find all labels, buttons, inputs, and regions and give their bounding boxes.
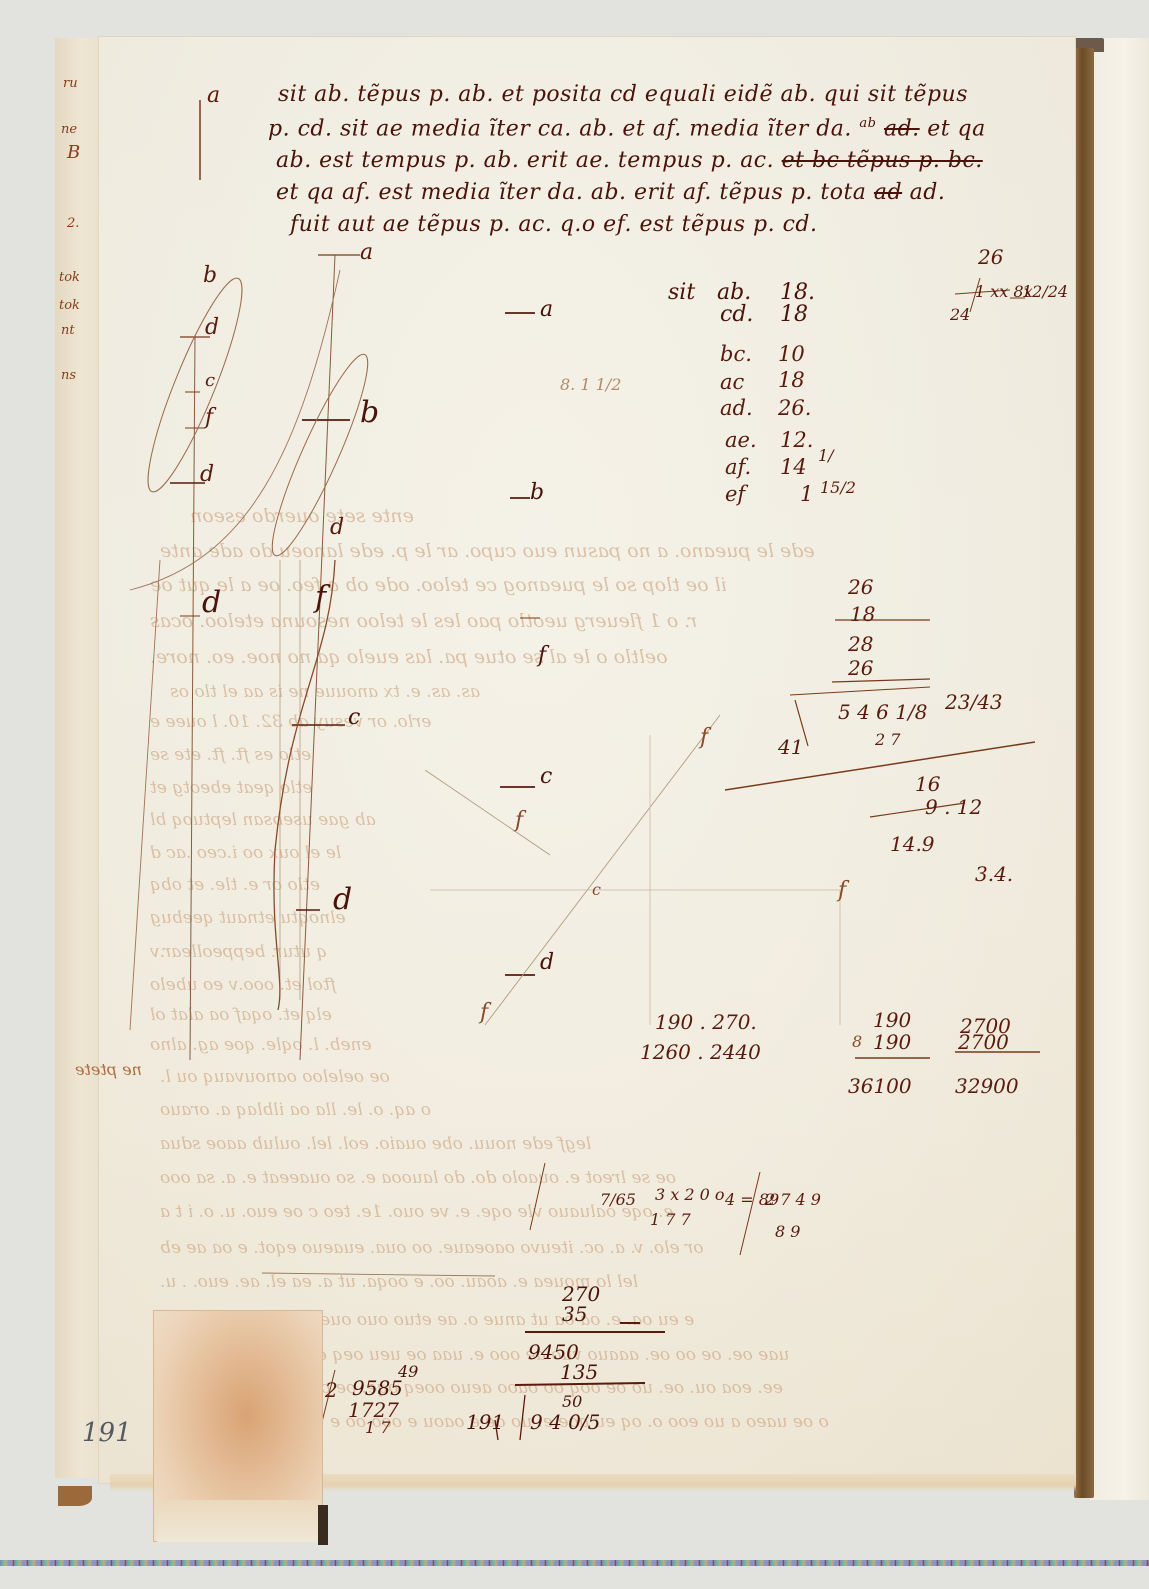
point-label: d bbox=[202, 585, 221, 620]
point-label: f bbox=[515, 808, 523, 833]
calc-value: 12/24 bbox=[1022, 282, 1068, 301]
seg-label: bc. bbox=[720, 342, 752, 366]
calc-value: 26 bbox=[848, 656, 873, 680]
point-label: f bbox=[480, 1000, 488, 1025]
calc-value: 9 4 0/5 bbox=[530, 1410, 600, 1434]
calc-value: 16 bbox=[915, 772, 940, 796]
calc-value: 26 bbox=[848, 575, 873, 599]
values-prefix: sit bbox=[668, 280, 695, 305]
seg-fraction: 15/2 bbox=[820, 478, 856, 497]
point-label: c bbox=[540, 764, 552, 789]
point-label: c bbox=[348, 705, 360, 730]
calc-value: 35 bbox=[562, 1302, 587, 1326]
patch-shadow bbox=[318, 1505, 328, 1545]
seg-value: 1 bbox=[800, 482, 813, 506]
seg-value: 10 bbox=[778, 342, 805, 366]
seg-value: 12. bbox=[780, 428, 813, 452]
point-label: a bbox=[360, 240, 373, 265]
point-label: f bbox=[700, 725, 708, 750]
calc-value: 50 bbox=[562, 1392, 582, 1411]
seg-value: 18 bbox=[778, 368, 805, 392]
point-label: a bbox=[207, 83, 220, 108]
patch-lower-tab bbox=[157, 1500, 321, 1542]
calc-value: 41 bbox=[778, 735, 803, 759]
calc-value: 190 bbox=[873, 1008, 911, 1032]
point-label: f bbox=[315, 580, 326, 615]
point-label: d bbox=[540, 950, 554, 975]
point-label: d bbox=[200, 462, 214, 487]
seg-label: ae. bbox=[725, 428, 757, 452]
seg-value: 14 bbox=[780, 455, 807, 479]
calc-value: 2 7 bbox=[875, 730, 900, 749]
calc-value: 2 bbox=[325, 1378, 338, 1402]
calc-value: 191 bbox=[466, 1410, 504, 1434]
seg-label: ad. bbox=[720, 396, 753, 420]
calc-value: 14.9 bbox=[890, 832, 935, 856]
calc-value: 2700 bbox=[958, 1030, 1009, 1054]
seg-fraction: 1/ bbox=[818, 446, 834, 465]
calc-value: 190 . 270. bbox=[655, 1010, 757, 1034]
torn-corner bbox=[58, 1486, 92, 1506]
calc-value: 1260 . 2440 bbox=[640, 1040, 761, 1064]
calc-value: 8 9 bbox=[775, 1222, 800, 1241]
seg-label: ef bbox=[725, 482, 745, 506]
calc-value: 1 7 7 bbox=[650, 1210, 691, 1229]
seg-value: 26. bbox=[778, 396, 811, 420]
calc-value: 36100 bbox=[848, 1074, 912, 1098]
calc-value: 7/65 bbox=[600, 1190, 636, 1209]
calc-value: 3 x 2 0 o bbox=[655, 1185, 725, 1204]
seg-label: ac bbox=[720, 370, 744, 394]
calc-value: 135 bbox=[560, 1360, 598, 1384]
folio-number: 191 bbox=[82, 1418, 132, 1448]
calc-value: 8 bbox=[852, 1032, 862, 1051]
calc-value: 9585 bbox=[352, 1376, 403, 1400]
calc-value: 26 bbox=[978, 245, 1003, 269]
seg-value: 18 bbox=[780, 302, 808, 327]
calc-value: 5 4 6 1/8 bbox=[838, 700, 927, 724]
point-label: f bbox=[838, 878, 846, 903]
faint-note: 8. 1 1/2 bbox=[560, 375, 621, 394]
point-label: d bbox=[330, 515, 344, 540]
calc-value: 28 bbox=[848, 632, 873, 656]
point-label: c bbox=[205, 370, 215, 391]
calc-value: 24 bbox=[950, 305, 970, 324]
point-label: f bbox=[205, 405, 213, 430]
calc-value: 32900 bbox=[955, 1074, 1019, 1098]
point-label: c bbox=[592, 880, 601, 899]
point-label: d bbox=[333, 882, 352, 917]
seg-label: af. bbox=[725, 455, 751, 479]
point-label: f bbox=[538, 643, 546, 668]
calc-value: 18 bbox=[850, 602, 875, 626]
point-label: d bbox=[205, 315, 219, 340]
calc-value: 23/43 bbox=[945, 690, 1003, 714]
calc-value: 1 7 bbox=[365, 1418, 390, 1437]
point-label: b bbox=[203, 263, 217, 288]
calc-value: 2 7 4 9 bbox=[765, 1190, 821, 1209]
seg-label: cd. bbox=[720, 302, 753, 327]
point-label: b bbox=[360, 395, 379, 430]
margin-note-lower: ne ptete bbox=[75, 1060, 142, 1079]
point-label: a bbox=[540, 297, 553, 322]
scan-artifact-strip bbox=[0, 1560, 1149, 1566]
point-label: b bbox=[530, 480, 544, 505]
calc-value: 190 bbox=[873, 1030, 911, 1054]
calc-value: 9 . 12 bbox=[925, 795, 982, 819]
calc-value: 3.4. bbox=[975, 862, 1013, 886]
